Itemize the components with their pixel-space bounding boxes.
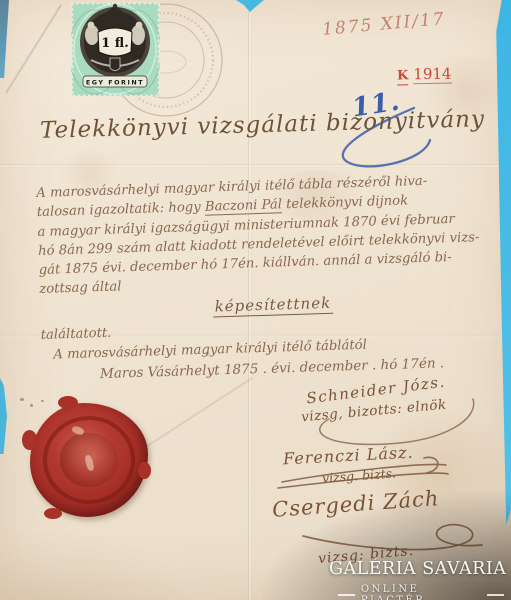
age-stain <box>0 530 180 600</box>
watermark-dash-icon <box>487 594 504 596</box>
revenue-stamp: 1 fl. EGY FORINT <box>71 2 160 97</box>
archive-k-stamp: K1914 <box>397 64 452 84</box>
watermark-site-name: GALÉRIA SAVARIA <box>329 559 509 579</box>
ink-speck <box>20 398 24 401</box>
ink-speck <box>41 400 44 402</box>
document-body: A marosvásárhelyi magyar királyi itélő t… <box>36 169 508 386</box>
archive-stamp-year: 1914 <box>413 65 452 85</box>
wax-blob <box>58 396 78 409</box>
watermark-tagline: ONLINE PIACTÉR <box>338 584 504 600</box>
wax-blob <box>22 430 37 450</box>
archive-stamp-letter: K <box>397 68 409 85</box>
stamp-coat-of-arms-icon <box>110 58 120 71</box>
body-line-segment: talosan igazoltatik: hogy <box>37 200 205 220</box>
wax-blob <box>138 462 151 479</box>
ink-speck <box>30 404 33 407</box>
qualified-word-text: képesítettnek <box>212 294 333 318</box>
watermark-dash-icon <box>338 594 355 596</box>
stamp-denomination: 1 fl. <box>101 36 129 51</box>
photo-canvas: 1 fl. EGY FORINT 1875 XII/17 11. K1914 T… <box>0 0 511 600</box>
body-line-segment: telekkönyvi dijnok <box>282 194 409 213</box>
clerk-name: Baczoni Pál <box>205 198 283 216</box>
stamp-denomination-words: EGY FORINT <box>86 79 144 87</box>
watermark-tagline-text: ONLINE PIACTÉR <box>361 584 481 600</box>
wax-blob <box>44 508 62 519</box>
